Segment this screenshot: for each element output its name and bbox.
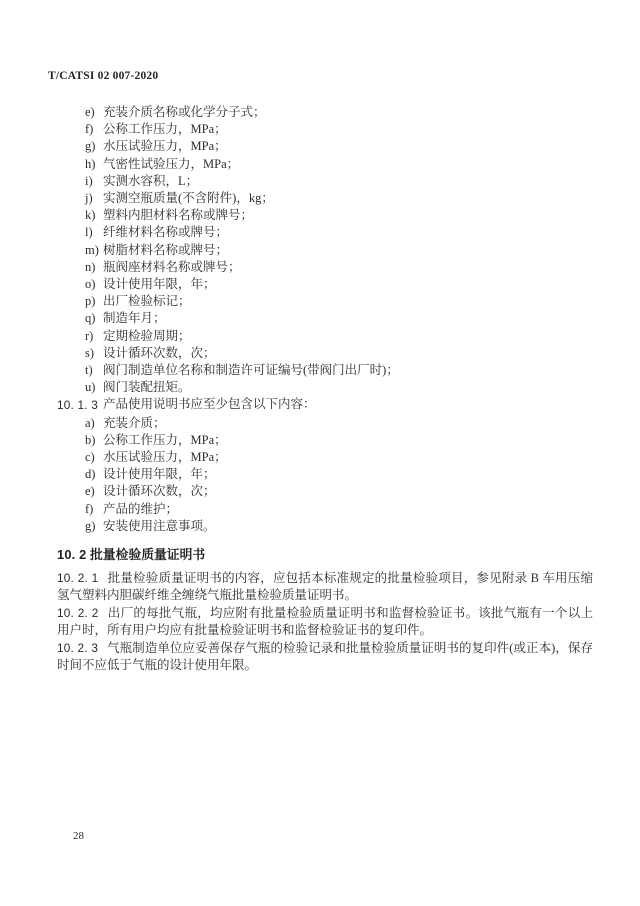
list-item: e)充装介质名称或化学分子式； xyxy=(57,104,593,121)
list-item-letter: o) xyxy=(85,276,103,293)
paragraph-10-2-2: 10. 2. 2出厂的每批气瓶，均应附有批量检验质量证明书和监督检验证书。该批气… xyxy=(57,605,593,640)
list-item-text: 定期检验周期； xyxy=(103,328,593,345)
list-item-text: 公称工作压力，MPa； xyxy=(103,121,593,138)
list-item: a)充装介质； xyxy=(57,415,593,432)
list-item-letter: l) xyxy=(85,224,103,241)
list-item-letter: g) xyxy=(85,518,103,535)
list-item-letter: t) xyxy=(85,362,103,379)
list-item-letter: r) xyxy=(85,328,103,345)
list-item-letter: j) xyxy=(85,190,103,207)
list-item-letter: f) xyxy=(85,501,103,518)
clause-text: 产品使用说明书应至少包含以下内容： xyxy=(103,396,316,414)
list-item-letter: u) xyxy=(85,379,103,396)
list-item: g)水压试验压力，MPa； xyxy=(57,138,593,155)
page-content: e)充装介质名称或化学分子式； f)公称工作压力，MPa； g)水压试验压力，M… xyxy=(57,104,593,675)
list-item-text: 公称工作压力，MPa； xyxy=(103,432,593,449)
list-item-letter: q) xyxy=(85,310,103,327)
list-item-letter: a) xyxy=(85,415,103,432)
list-item-letter: e) xyxy=(85,483,103,500)
clause-number: 10. 1. 3 xyxy=(57,396,103,414)
list-item-letter: m) xyxy=(85,242,103,259)
paragraph-10-2-1: 10. 2. 1批量检验质量证明书的内容，应包括本标准规定的批量检验项目，参见附… xyxy=(57,570,593,605)
standard-number-header: T/CATSI 02 007-2020 xyxy=(48,70,158,82)
list-item-text: 塑料内胆材料名称或牌号； xyxy=(103,207,593,224)
clause-10-1-3: 10. 1. 3 产品使用说明书应至少包含以下内容： xyxy=(57,396,593,414)
list-item: t)阀门制造单位名称和制造许可证编号(带阀门出厂时)； xyxy=(57,362,593,379)
list-item: j)实测空瓶质量(不含附件)，kg； xyxy=(57,190,593,207)
list-item: u)阀门装配扭矩。 xyxy=(57,379,593,396)
list-item: f)产品的维护； xyxy=(57,501,593,518)
list-item: h)气密性试验压力，MPa； xyxy=(57,156,593,173)
list-item: m)树脂材料名称或牌号； xyxy=(57,242,593,259)
list-item-text: 纤维材料名称或牌号； xyxy=(103,224,593,241)
list-item: g)安装使用注意事项。 xyxy=(57,518,593,535)
paragraph-10-2-3: 10. 2. 3气瓶制造单位应妥善保存气瓶的检验记录和批量检验质量证明书的复印件… xyxy=(57,640,593,675)
list-item-letter: g) xyxy=(85,138,103,155)
list-item-text: 水压试验压力，MPa； xyxy=(103,449,593,466)
list-item: e)设计循环次数，次； xyxy=(57,483,593,500)
list-item: o)设计使用年限，年； xyxy=(57,276,593,293)
list-item-letter: k) xyxy=(85,207,103,224)
list-item-text: 设计使用年限，年； xyxy=(103,466,593,483)
list-item-letter: c) xyxy=(85,449,103,466)
list-item-letter: s) xyxy=(85,345,103,362)
list-item-text: 产品的维护； xyxy=(103,501,593,518)
list-item-letter: e) xyxy=(85,104,103,121)
paragraph-number: 10. 2. 1 xyxy=(57,571,98,585)
list-item-text: 瓶阀座材料名称或牌号； xyxy=(103,259,593,276)
paragraph-text: 出厂的每批气瓶，均应附有批量检验质量证明书和监督检验证书。该批气瓶有一个以上用户… xyxy=(57,606,593,637)
list-item: b)公称工作压力，MPa； xyxy=(57,432,593,449)
list-item-letter: d) xyxy=(85,466,103,483)
paragraph-text: 批量检验质量证明书的内容，应包括本标准规定的批量检验项目，参见附录 B 车用压缩… xyxy=(57,571,593,602)
list-item-text: 设计循环次数，次； xyxy=(103,345,593,362)
paragraph-number: 10. 2. 2 xyxy=(57,606,99,620)
list-item-text: 水压试验压力，MPa； xyxy=(103,138,593,155)
list-item-letter: i) xyxy=(85,173,103,190)
paragraph-number: 10. 2. 3 xyxy=(57,641,98,655)
list-item-text: 实测水容积，L； xyxy=(103,173,593,190)
document-page: T/CATSI 02 007-2020 e)充装介质名称或化学分子式； f)公称… xyxy=(0,0,640,906)
list-item-text: 设计循环次数，次； xyxy=(103,483,593,500)
list-item: q)制造年月； xyxy=(57,310,593,327)
paragraph-text: 气瓶制造单位应妥善保存气瓶的检验记录和批量检验质量证明书的复印件(或正本)，保存… xyxy=(57,641,593,672)
list-item-text: 树脂材料名称或牌号； xyxy=(103,242,593,259)
list-item-text: 气密性试验压力，MPa； xyxy=(103,156,593,173)
list-item-text: 阀门制造单位名称和制造许可证编号(带阀门出厂时)； xyxy=(103,362,593,379)
list-item: n)瓶阀座材料名称或牌号； xyxy=(57,259,593,276)
list-item-letter: f) xyxy=(85,121,103,138)
list-item: c)水压试验压力，MPa； xyxy=(57,449,593,466)
list-item-text: 出厂检验标记； xyxy=(103,293,593,310)
list-item-text: 充装介质名称或化学分子式； xyxy=(103,104,593,121)
list-item-text: 充装介质； xyxy=(103,415,593,432)
list-item: r)定期检验周期； xyxy=(57,328,593,345)
list-item-text: 安装使用注意事项。 xyxy=(103,518,593,535)
list-item: k)塑料内胆材料名称或牌号； xyxy=(57,207,593,224)
list-item: f)公称工作压力，MPa； xyxy=(57,121,593,138)
section-title: 批量检验质量证明书 xyxy=(90,546,205,563)
section-number: 10. 2 xyxy=(57,546,90,563)
list-item-text: 实测空瓶质量(不含附件)，kg； xyxy=(103,190,593,207)
list-item-letter: n) xyxy=(85,259,103,276)
list-item: p)出厂检验标记； xyxy=(57,293,593,310)
list-item: i)实测水容积，L； xyxy=(57,173,593,190)
list-item: l)纤维材料名称或牌号； xyxy=(57,224,593,241)
list-item-letter: h) xyxy=(85,156,103,173)
list-item-text: 设计使用年限，年； xyxy=(103,276,593,293)
list-item: d)设计使用年限，年； xyxy=(57,466,593,483)
list-item-text: 阀门装配扭矩。 xyxy=(103,379,593,396)
section-heading-10-2: 10. 2 批量检验质量证明书 xyxy=(57,546,593,563)
page-number: 28 xyxy=(73,830,84,842)
list-item-letter: p) xyxy=(85,293,103,310)
list-item-text: 制造年月； xyxy=(103,310,593,327)
list-item-letter: b) xyxy=(85,432,103,449)
list-item: s)设计循环次数，次； xyxy=(57,345,593,362)
